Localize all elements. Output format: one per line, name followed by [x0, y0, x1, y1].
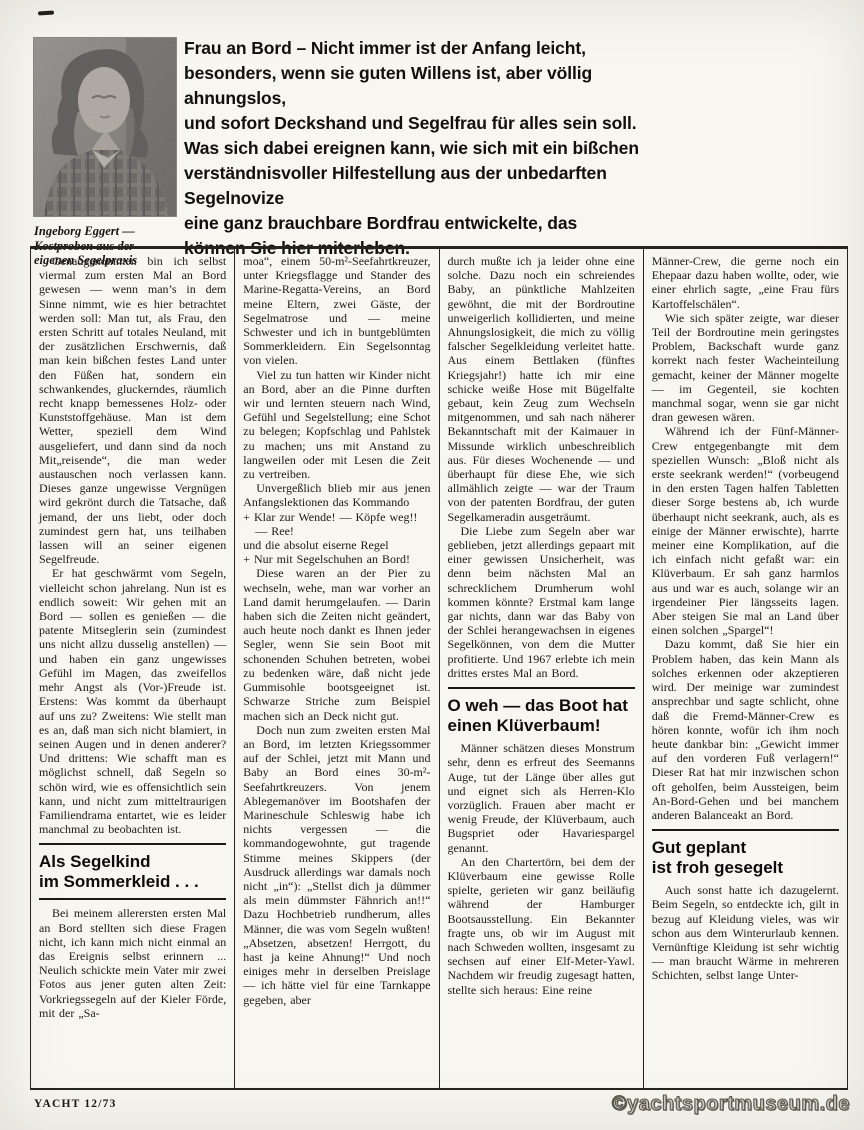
body-paragraph: Viel zu tun hatten wir Kinder nicht an B…	[243, 368, 430, 482]
body-paragraph: An den Chartertörn, bei dem der Klüverba…	[448, 855, 635, 997]
body-paragraph: Bei meinem allerersten ersten Mal an Bor…	[39, 906, 226, 1020]
body-paragraph: Unvergeßlich blieb mir aus jenen Anfangs…	[243, 481, 430, 509]
body-paragraph: Wie sich später zeigte, war dieser Teil …	[652, 311, 839, 425]
body-paragraph: Männer schätzen dieses Monstrum sehr, de…	[448, 741, 635, 855]
text-column-3: durch mußte ich ja leider ohne eine solc…	[439, 249, 643, 1088]
text-column-4: Männer-Crew, die gerne noch ein Ehepaar …	[643, 249, 847, 1088]
section-heading: Als Segelkind im Sommerkleid . . .	[39, 843, 226, 900]
text-column-1: Genaugenommen bin ich selbst viermal zum…	[31, 249, 234, 1088]
command-line: + Nur mit Segelschuhen an Bord!	[243, 552, 430, 566]
intro-line: Frau an Bord – Nicht immer ist der Anfan…	[184, 36, 689, 61]
article-frame: Genaugenommen bin ich selbst viermal zum…	[30, 246, 848, 1090]
body-paragraph: Doch nun zum zweiten ersten Mal an Bord,…	[243, 723, 430, 1007]
body-paragraph: Er hat geschwärmt vom Segeln, vielleicht…	[39, 566, 226, 836]
intro-line: und sofort Deckshand und Segelfrau für a…	[184, 111, 689, 136]
section-heading: O weh — das Boot hat einen Klüverbaum!	[448, 687, 635, 736]
magazine-page: Ingeborg Eggert — Kostproben aus der eig…	[0, 0, 864, 1130]
body-paragraph: Genaugenommen bin ich selbst viermal zum…	[39, 254, 226, 566]
body-paragraph: Die Liebe zum Segeln aber war geblieben,…	[448, 524, 635, 680]
command-line: + Klar zur Wende! — Köpfe weg!! — Ree!	[243, 510, 430, 538]
intro-line: verständnisvoller Hilfestellung aus der …	[184, 161, 689, 211]
body-paragraph: durch mußte ich ja leider ohne eine solc…	[448, 254, 635, 524]
article-intro: Frau an Bord – Nicht immer ist der Anfan…	[184, 36, 689, 261]
magazine-issue-label: YACHT 12/73	[34, 1098, 117, 1110]
body-paragraph: und die absolut eiserne Regel	[243, 538, 430, 552]
text-column-2: moa“, einem 50-m²-Seefahrtkreuzer, unter…	[234, 249, 438, 1088]
portrait-photo	[34, 38, 176, 216]
watermark: ©yachtsportmuseum.de	[612, 1093, 850, 1116]
intro-line: besonders, wenn sie guten Willens ist, a…	[184, 61, 689, 111]
portrait-photo-graphic	[34, 38, 176, 216]
intro-line: eine ganz brauchbare Bordfrau entwickelt…	[184, 211, 689, 236]
body-paragraph: moa“, einem 50-m²-Seefahrtkreuzer, unter…	[243, 254, 430, 368]
body-paragraph: Auch sonst hatte ich dazugelernt. Beim S…	[652, 883, 839, 982]
body-paragraph: Dazu kommt, daß Sie hier ein Problem hab…	[652, 637, 839, 822]
section-heading: Gut geplant ist froh gesegelt	[652, 829, 839, 878]
intro-line: Was sich dabei ereignen kann, wie sich m…	[184, 136, 689, 161]
photo-caption-line: Ingeborg Eggert —	[34, 224, 194, 239]
body-paragraph: Diese waren an der Pier zu wechseln, weh…	[243, 566, 430, 722]
body-paragraph: Männer-Crew, die gerne noch ein Ehepaar …	[652, 254, 839, 311]
scan-artifact	[38, 10, 54, 15]
body-paragraph: Während ich der Fünf-Männer-Crew entgege…	[652, 424, 839, 637]
